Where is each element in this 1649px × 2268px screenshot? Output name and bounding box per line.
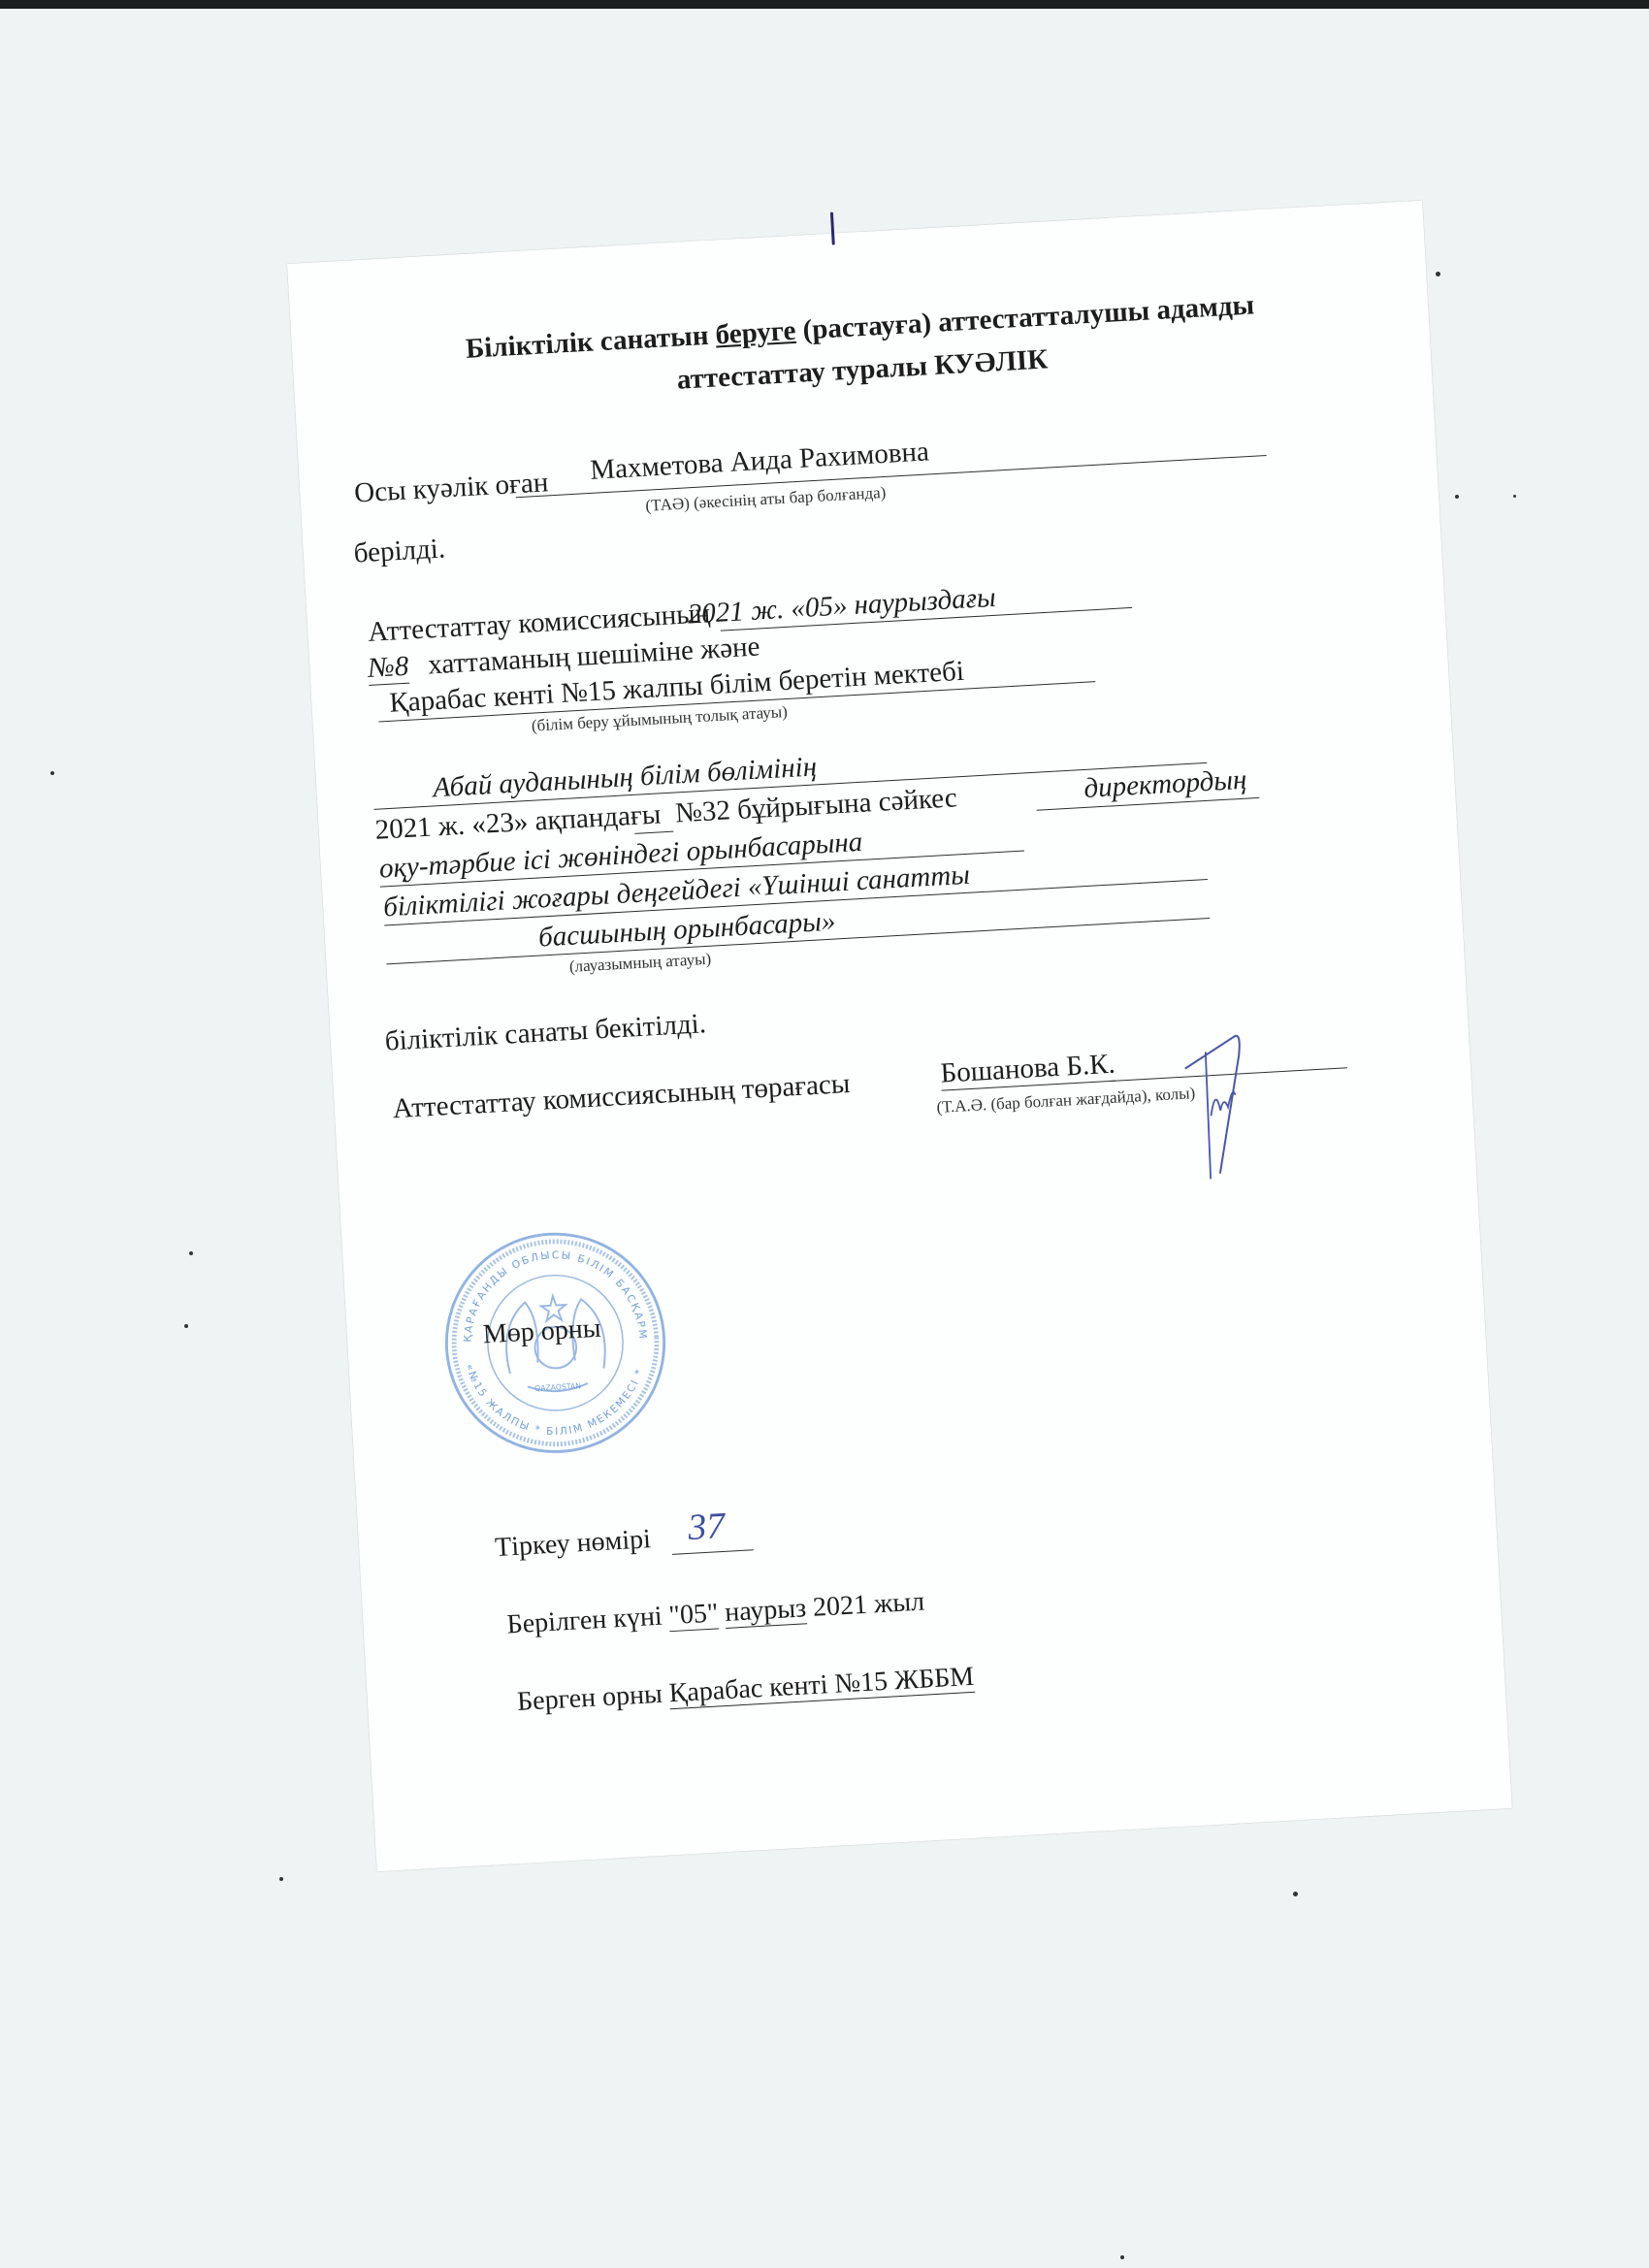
issue-year: 2021 xyxy=(812,1590,868,1623)
protocol-number: №8 xyxy=(368,651,410,686)
seal-place-label: Мөр орны xyxy=(482,1313,601,1351)
chair-label: Аттестаттау комиссиясының төрағасы xyxy=(392,1068,851,1125)
issued-word: берілді. xyxy=(353,533,446,569)
dust-speck xyxy=(1455,495,1459,499)
recipient-name: Махметова Аида Рахимовна xyxy=(589,436,929,486)
dust-speck xyxy=(50,771,54,775)
issue-date-row: Берілген күні "05" наурыз 2021 жыл xyxy=(506,1586,925,1640)
issue-date-label: Берілген күні xyxy=(506,1602,663,1640)
certificate-paper: Біліктілік санатын беруге (растауға) атт… xyxy=(287,201,1512,1872)
registration-underline xyxy=(672,1549,754,1555)
registration-number: 37 xyxy=(687,1505,726,1549)
issued-to-label: Осы куәлік оған xyxy=(353,467,549,509)
chair-name: Бошанова Б.К. xyxy=(940,1049,1116,1091)
scanner-edge xyxy=(0,0,1649,9)
pen-mark xyxy=(830,211,835,244)
issuer-row: Берген орны Қарабас кенті №15 ЖББМ xyxy=(516,1662,975,1718)
issue-month: наурыз xyxy=(724,1593,807,1629)
signature-icon xyxy=(1174,1025,1270,1185)
dust-speck xyxy=(1120,2255,1124,2259)
approved-text: біліктілік санаты бекітілді. xyxy=(384,1008,707,1057)
dust-speck xyxy=(189,1251,193,1255)
issue-day: "05" xyxy=(668,1598,720,1632)
dust-speck xyxy=(184,1324,188,1328)
dust-speck xyxy=(1513,495,1516,498)
issuer-label: Берген орны xyxy=(516,1679,663,1717)
registration-label: Тіркеу нөмірі xyxy=(494,1524,651,1564)
dust-speck xyxy=(1293,1892,1298,1896)
title-underlined-word: беруге xyxy=(715,315,797,351)
dust-speck xyxy=(279,1877,283,1881)
dust-speck xyxy=(1436,272,1440,276)
issuer-name: Қарабас кенті №15 ЖББМ xyxy=(668,1662,975,1710)
issue-year-suffix: жыл xyxy=(873,1586,925,1619)
position-hint: (лауазымның атауы) xyxy=(568,950,711,977)
svg-text:QAZAQSTAN: QAZAQSTAN xyxy=(534,1381,582,1393)
